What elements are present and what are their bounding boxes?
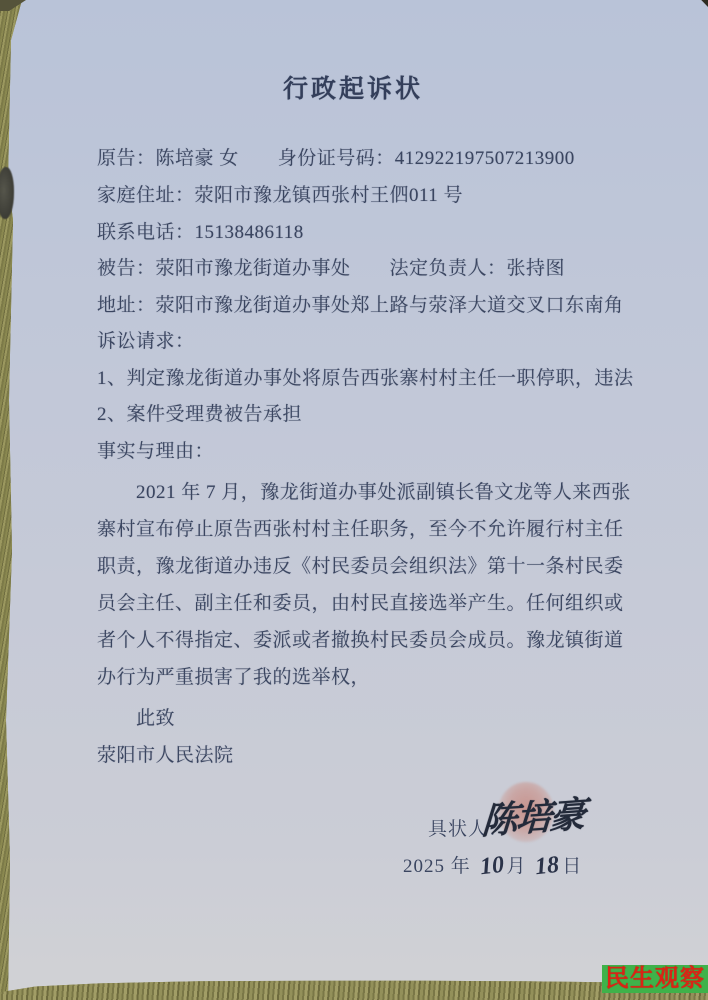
doc-line-claims-heading: 诉讼请求： [97, 326, 195, 353]
doc-line-body-2: 寨村宣布停止原告西张村村主任职务，至今不允许履行村主任 [97, 514, 624, 541]
doc-line-phone: 联系电话：15138486118 [97, 217, 304, 244]
handwritten-signature: 陈培豪 [480, 786, 585, 844]
paper-sheet: 行政起诉状 原告：陈培豪 女 身份证号码：412922197507213900 … [0, 0, 708, 1000]
doc-line-home-address: 家庭住址：荥阳市豫龙镇西张村王伵011 号 [97, 180, 463, 207]
doc-line-defendant: 被告：荥阳市豫龙街道办事处 法定负责人：张持图 [97, 253, 565, 280]
photo-of-document: 行政起诉状 原告：陈培豪 女 身份证号码：412922197507213900 … [0, 0, 708, 1000]
doc-line-def-address: 地址：荥阳市豫龙街道办事处郑上路与荥泽大道交叉口东南角 [97, 290, 624, 317]
doc-line-claim-2: 2、案件受理费被告承担 [97, 399, 302, 426]
date-day-label: 日 [562, 856, 582, 877]
doc-line-body-4: 员会主任、副主任和委员，由村民直接选举产生。任何组织或 [97, 588, 624, 615]
date-day-handwritten: 18 [531, 852, 564, 882]
date-year: 2025 年 [403, 856, 471, 877]
doc-line-plaintiff: 原告：陈培豪 女 身份证号码：412922197507213900 [97, 143, 575, 170]
document-title: 行政起诉状 [283, 69, 423, 105]
doc-line-claim-1: 1、判定豫龙街道办事处将原告西张寨村村主任一职停职，违法 [97, 363, 634, 390]
date-month-handwritten: 10 [475, 852, 508, 882]
doc-line-body-6: 办行为严重损害了我的选举权， [97, 662, 370, 689]
doc-line-body-5: 者个人不得指定、委派或者撤换村民委员会成员。豫龙镇街道 [97, 625, 624, 652]
doc-line-body-3: 职责，豫龙街道办违反《村民委员会组织法》第十一条村民委 [97, 551, 624, 578]
watermark-badge: 民生观察 [602, 965, 708, 993]
date-line: 2025 年 10月 18日 [403, 851, 582, 879]
doc-line-salute: 此致 [97, 703, 175, 730]
date-month-label: 月 [507, 856, 527, 877]
doc-line-body-1: 2021 年 7 月，豫龙街道办事处派副镇长鲁文龙等人来西张 [97, 477, 631, 504]
doc-line-court-name: 荥阳市人民法院 [97, 740, 234, 767]
doc-line-facts-heading: 事实与理由： [97, 436, 214, 463]
